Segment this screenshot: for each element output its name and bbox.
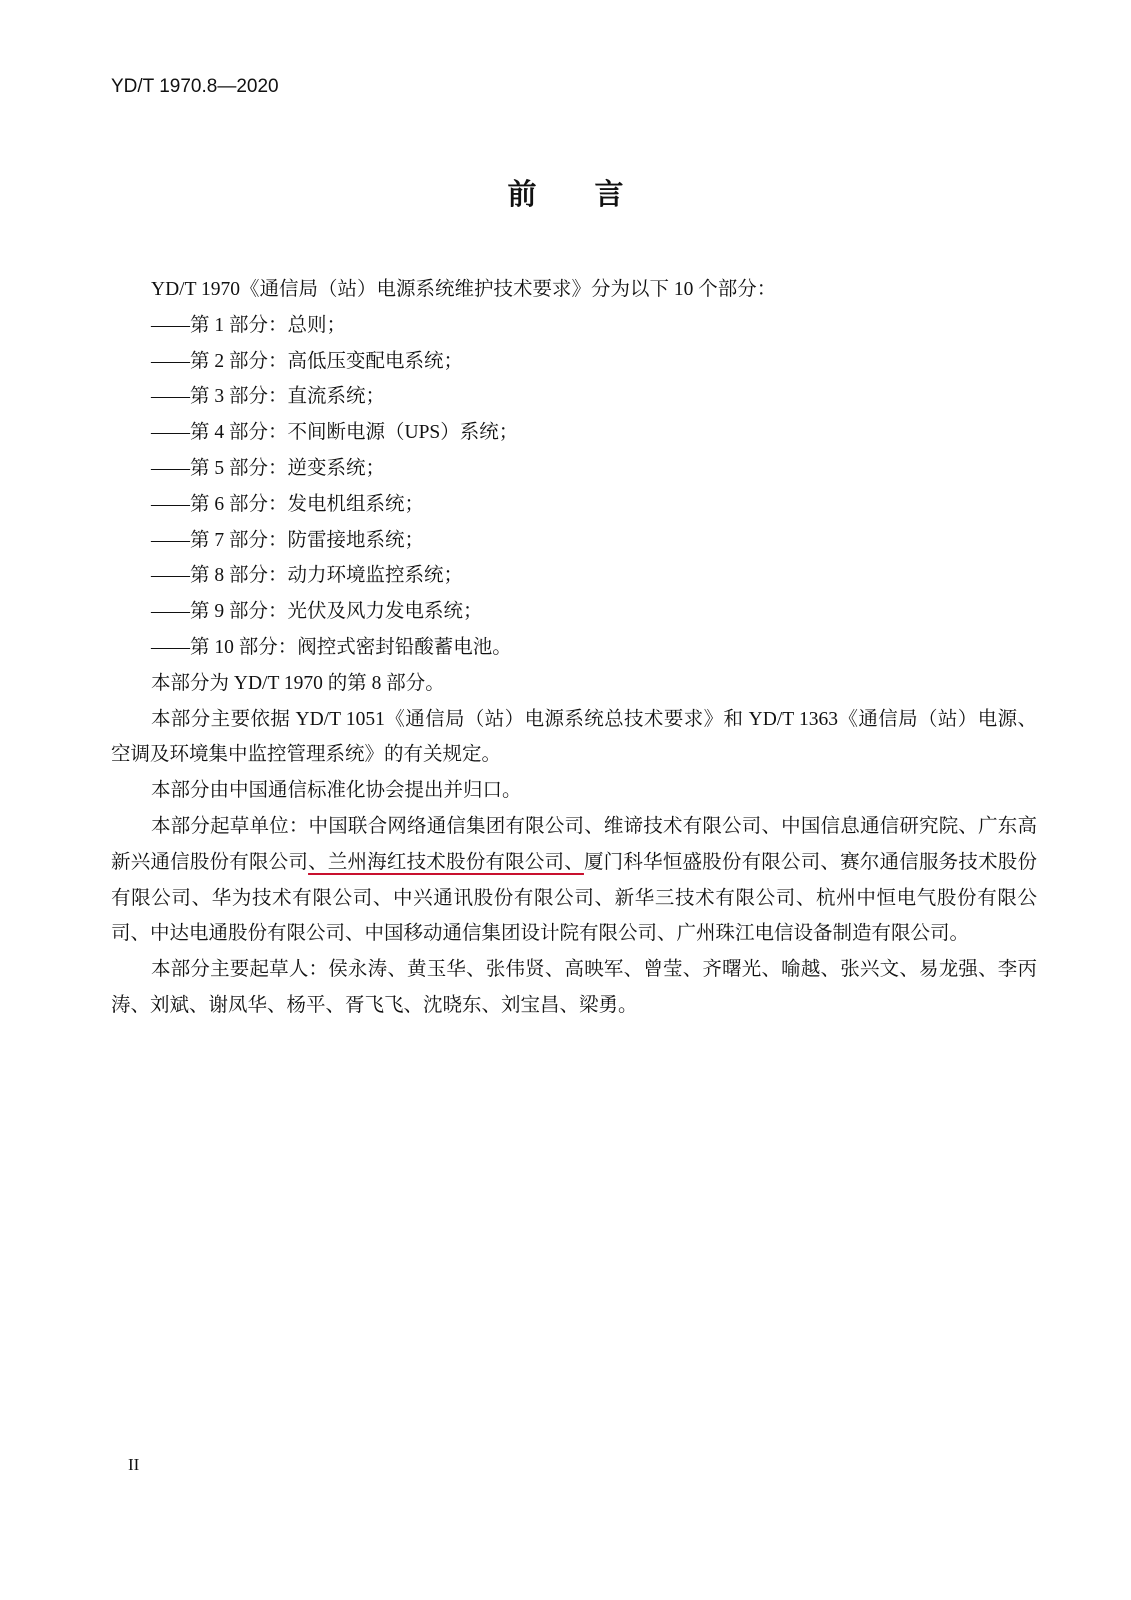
list-item: ——第 1 部分：总则； [111, 308, 1037, 344]
list-item: ——第 10 部分：阀控式密封铅酸蓄电池。 [111, 630, 1037, 666]
list-item: ——第 3 部分：直流系统； [111, 379, 1037, 415]
parts-list: ——第 1 部分：总则； ——第 2 部分：高低压变配电系统； ——第 3 部分… [111, 308, 1037, 666]
document-body: YD/T 1970《通信局（站）电源系统维护技术要求》分为以下 10 个部分： … [111, 272, 1037, 1024]
drafters-paragraph: 本部分主要起草人：侯永涛、黄玉华、张伟贤、高映军、曾莹、齐曙光、喻越、张兴文、易… [111, 952, 1037, 1024]
this-part-paragraph: 本部分为 YD/T 1970 的第 8 部分。 [111, 666, 1037, 702]
document-code: YD/T 1970.8—2020 [111, 76, 279, 98]
page-number: II [128, 1455, 139, 1475]
highlighted-unit: 、兰州海红技术股份有限公司、 [308, 852, 584, 873]
list-item: ——第 9 部分：光伏及风力发电系统； [111, 594, 1037, 630]
basis-paragraph: 本部分主要依据 YD/T 1051《通信局（站）电源系统总技术要求》和 YD/T… [111, 702, 1037, 774]
proposer-paragraph: 本部分由中国通信标准化协会提出并归口。 [111, 773, 1037, 809]
list-item: ——第 5 部分：逆变系统； [111, 451, 1037, 487]
list-item: ——第 8 部分：动力环境监控系统； [111, 558, 1037, 594]
list-item: ——第 4 部分：不间断电源（UPS）系统； [111, 415, 1037, 451]
list-item: ——第 7 部分：防雷接地系统； [111, 523, 1037, 559]
list-item: ——第 6 部分：发电机组系统； [111, 487, 1037, 523]
page-title: 前言 [0, 172, 1131, 213]
intro-paragraph: YD/T 1970《通信局（站）电源系统维护技术要求》分为以下 10 个部分： [111, 272, 1037, 308]
drafting-units-paragraph: 本部分起草单位：中国联合网络通信集团有限公司、维谛技术有限公司、中国信息通信研究… [111, 809, 1037, 952]
list-item: ——第 2 部分：高低压变配电系统； [111, 344, 1037, 380]
